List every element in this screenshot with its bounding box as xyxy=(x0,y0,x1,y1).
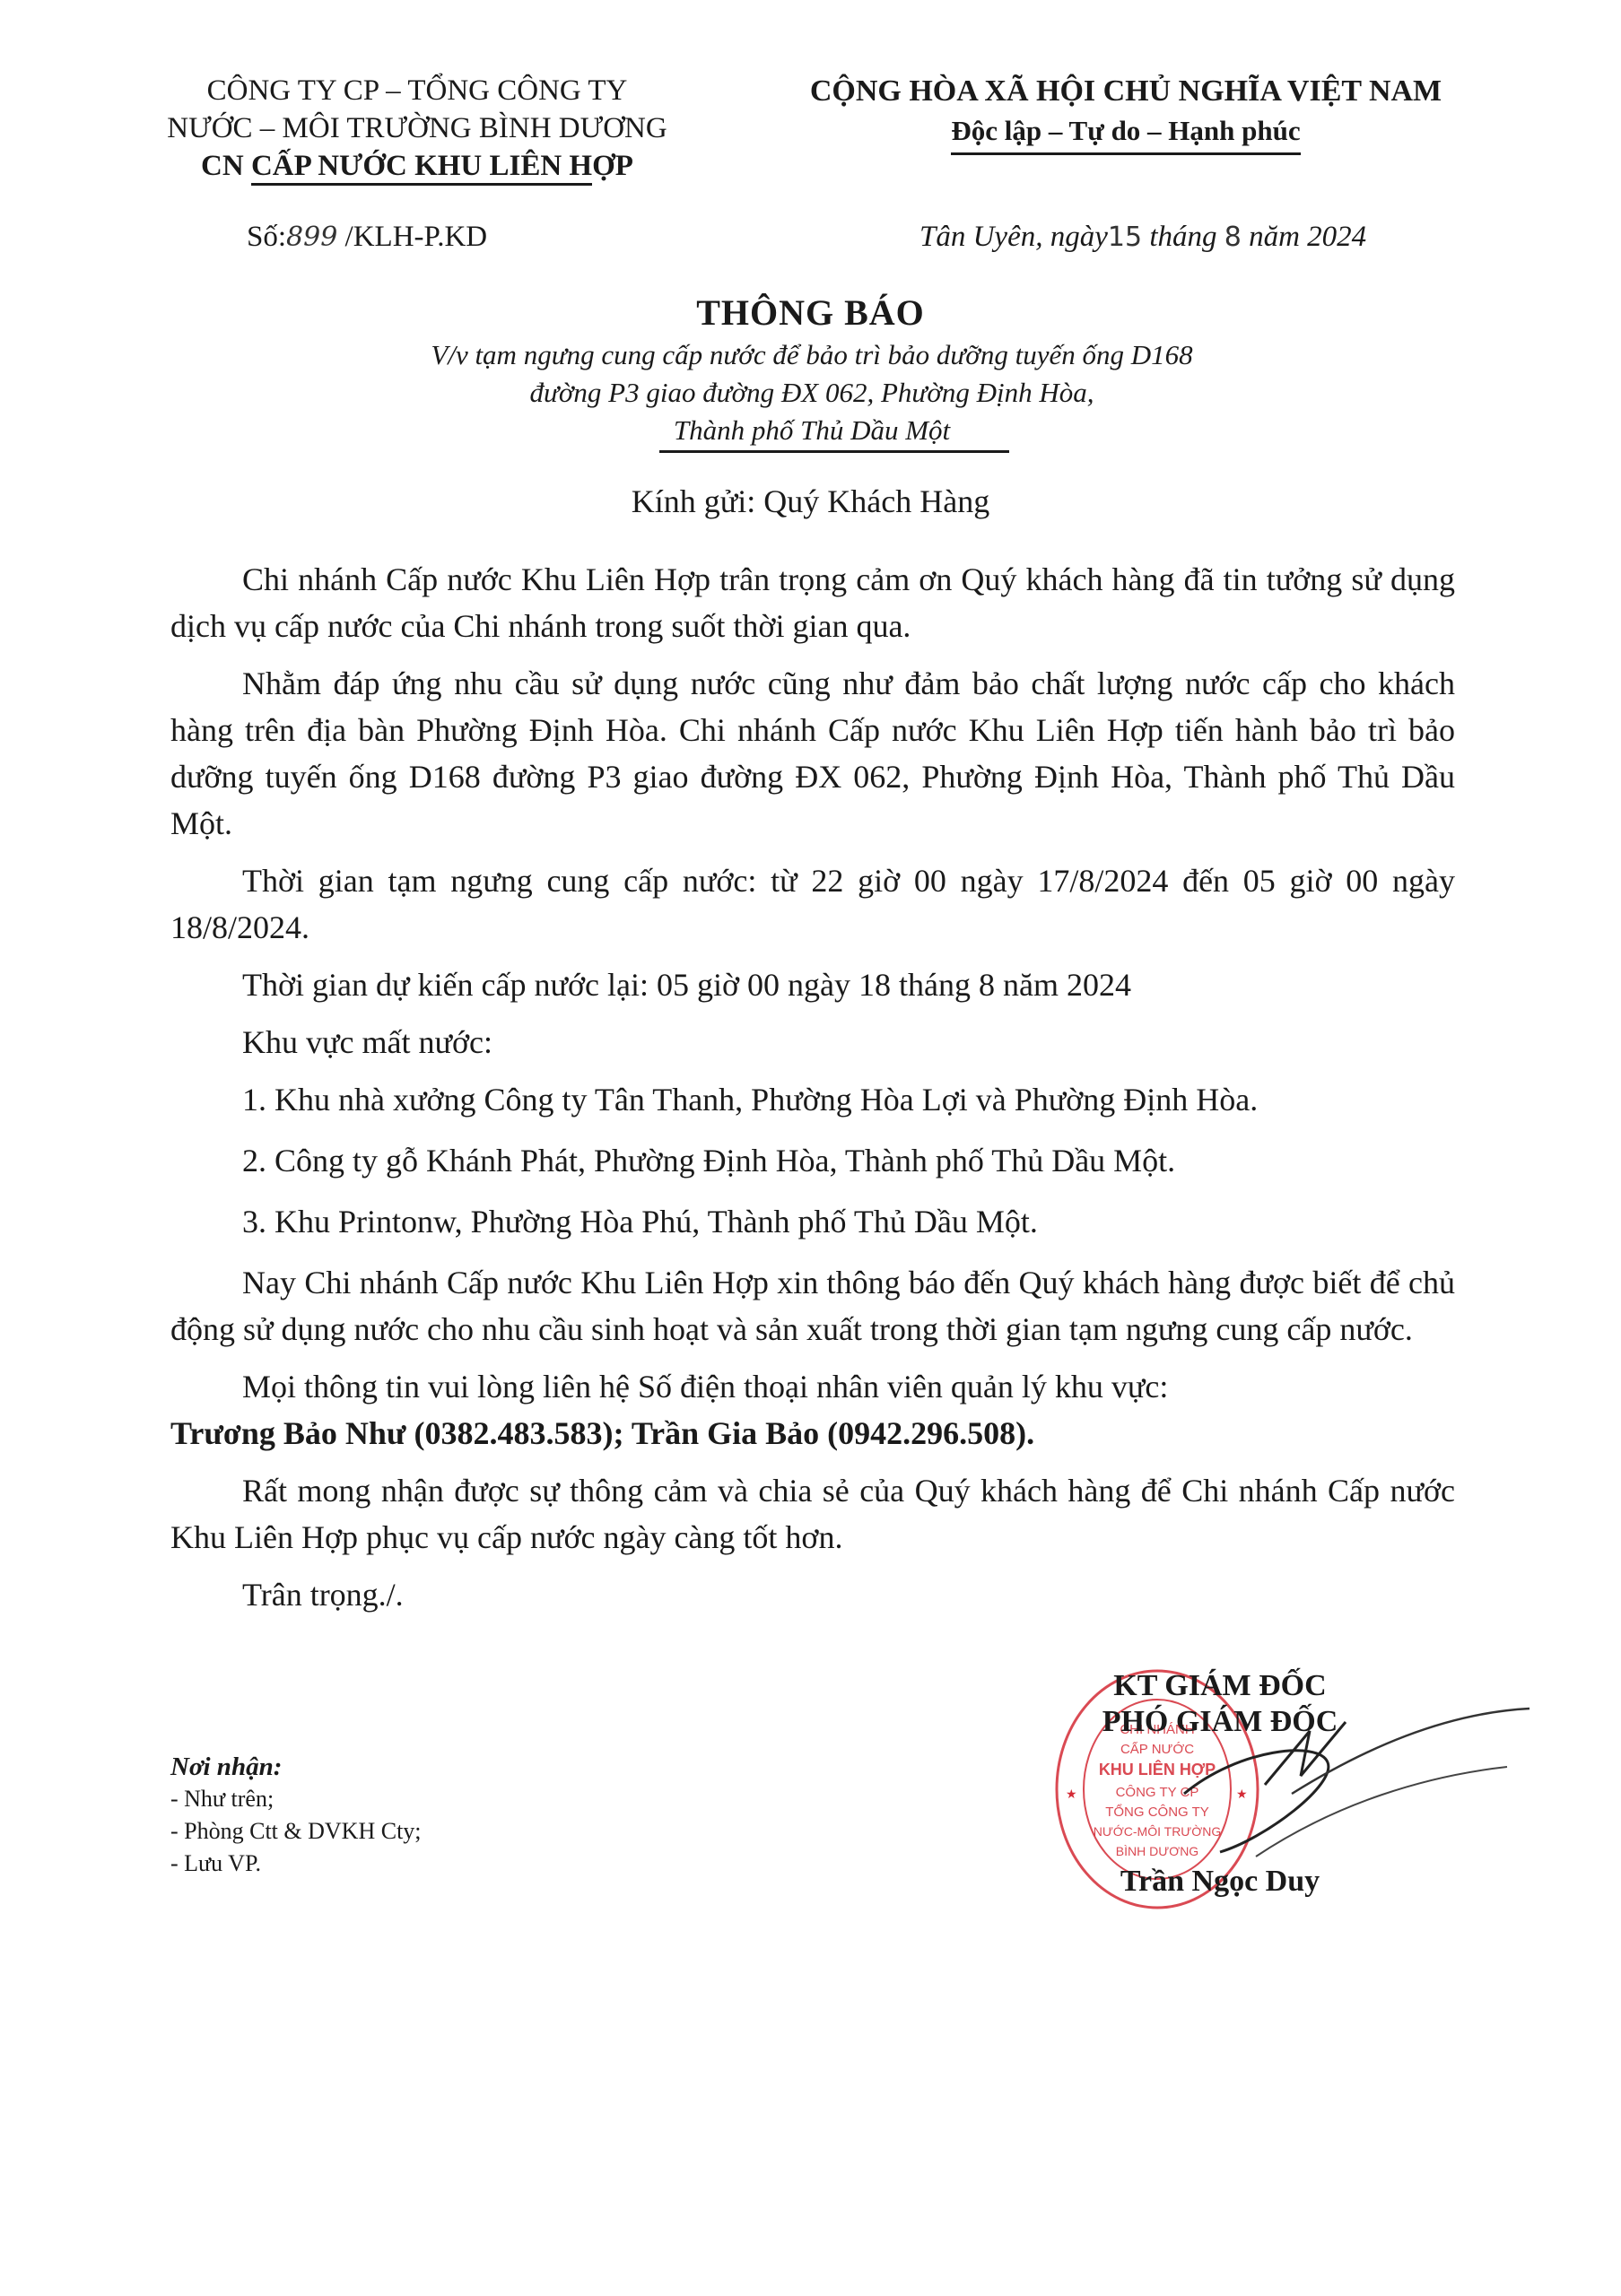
signature-block: KT GIÁM ĐỐC PHÓ GIÁM ĐỐC Trần Ngọc Duy xyxy=(1050,1668,1390,1900)
document-subject: V/v tạm ngưng cung cấp nước để bảo trì b… xyxy=(323,336,1301,449)
date-place: Tân Uyên, ngày xyxy=(919,221,1108,253)
date-month-label: tháng xyxy=(1142,221,1224,253)
paragraph-purpose: Nhằm đáp ứng nhu cầu sử dụng nước cũng n… xyxy=(170,660,1455,847)
greeting: Kính gửi: Quý Khách Hàng xyxy=(0,483,1621,520)
organization-header: CÔNG TY CP – TỔNG CÔNG TY NƯỚC – MÔI TRƯ… xyxy=(148,72,686,185)
date-line: Tân Uyên, ngày15 tháng 8 năm 2024 xyxy=(919,221,1366,254)
signer-title-1: KT GIÁM ĐỐC xyxy=(1050,1668,1390,1704)
org-line-3-prefix: CN xyxy=(201,150,251,182)
subject-divider xyxy=(659,450,1009,453)
motto: Độc lập – Tự do – Hạnh phúc xyxy=(951,111,1300,155)
doc-number-handwritten: 899 xyxy=(286,222,337,253)
document-number: Số:899 /KLH-P.KD xyxy=(247,221,487,254)
date-month: 8 xyxy=(1224,222,1242,253)
paragraph-restore-time: Thời gian dự kiến cấp nước lại: 05 giờ 0… xyxy=(170,961,1455,1008)
recipients-block: Nơi nhận: - Như trên; - Phòng Ctt & DVKH… xyxy=(170,1751,422,1880)
document-body: Chi nhánh Cấp nước Khu Liên Hợp trân trọ… xyxy=(170,556,1455,1629)
document-title: THÔNG BÁO xyxy=(0,291,1621,334)
org-line-3: CN CẤP NƯỚC KHU LIÊN HỢP xyxy=(148,147,686,185)
affected-area-label: Khu vực mất nước: xyxy=(170,1019,1455,1065)
recipient-item: - Phòng Ctt & DVKH Cty; xyxy=(170,1815,422,1848)
org-line-3-underlined: CẤP NƯỚC KHU LIÊN H xyxy=(251,150,592,186)
doc-number-suffix: /KLH-P.KD xyxy=(337,221,487,253)
subject-line-2: đường P3 giao đường ĐX 062, Phường Định … xyxy=(323,374,1301,412)
date-year: năm 2024 xyxy=(1242,221,1366,253)
subject-line-1: V/v tạm ngưng cung cấp nước để bảo trì b… xyxy=(323,336,1301,374)
national-header: CỘNG HÒA XÃ HỘI CHỦ NGHĨA VIỆT NAM Độc l… xyxy=(771,72,1480,155)
recipient-item: - Lưu VP. xyxy=(170,1848,422,1880)
affected-area-item: 2. Công ty gỗ Khánh Phát, Phường Định Hò… xyxy=(170,1137,1455,1184)
date-day: 15 xyxy=(1108,222,1142,253)
recipients-heading: Nơi nhận: xyxy=(170,1751,422,1783)
paragraph-thanks: Chi nhánh Cấp nước Khu Liên Hợp trân trọ… xyxy=(170,556,1455,649)
affected-area-item: 1. Khu nhà xưởng Công ty Tân Thanh, Phườ… xyxy=(170,1076,1455,1123)
subject-line-3: Thành phố Thủ Dầu Một xyxy=(323,412,1301,449)
org-line-1: CÔNG TY CP – TỔNG CÔNG TY xyxy=(148,72,686,109)
signer-name: Trần Ngọc Duy xyxy=(1050,1864,1390,1900)
paragraph-contact: Mọi thông tin vui lòng liên hệ Số điện t… xyxy=(170,1363,1455,1410)
doc-number-label: Số: xyxy=(247,221,286,253)
document-page: CÔNG TY CP – TỔNG CÔNG TY NƯỚC – MÔI TRƯ… xyxy=(0,0,1621,2296)
org-line-3-suffix: ỢP xyxy=(592,150,633,182)
closing: Trân trọng./. xyxy=(170,1571,1455,1618)
signer-title-2: PHÓ GIÁM ĐỐC xyxy=(1050,1704,1390,1740)
contact-names: Trương Bảo Như (0382.483.583); Trần Gia … xyxy=(170,1410,1455,1457)
paragraph-notice: Nay Chi nhánh Cấp nước Khu Liên Hợp xin … xyxy=(170,1259,1455,1352)
paragraph-outage-time: Thời gian tạm ngưng cung cấp nước: từ 22… xyxy=(170,857,1455,951)
nation-title: CỘNG HÒA XÃ HỘI CHỦ NGHĨA VIỆT NAM xyxy=(771,72,1480,111)
recipient-item: - Như trên; xyxy=(170,1783,422,1815)
org-line-2: NƯỚC – MÔI TRƯỜNG BÌNH DƯƠNG xyxy=(148,109,686,147)
affected-area-item: 3. Khu Printonw, Phường Hòa Phú, Thành p… xyxy=(170,1198,1455,1245)
paragraph-appreciation: Rất mong nhận được sự thông cảm và chia … xyxy=(170,1467,1455,1561)
